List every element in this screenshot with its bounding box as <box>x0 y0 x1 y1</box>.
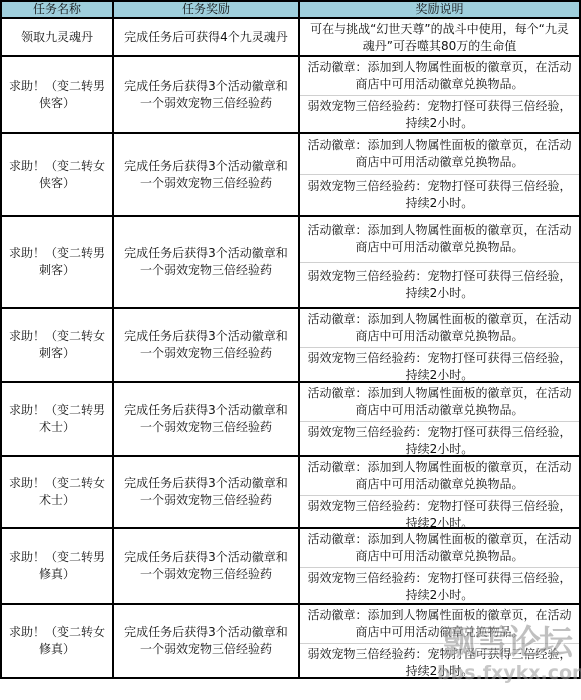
table-row: 求助！（变二转男刺客）完成任务后获得3个活动徽章和一个弱效宠物三倍经验药活动徽章… <box>1 216 580 308</box>
quest-name-cell: 求助！（变二转女修真） <box>1 604 113 678</box>
quest-name-cell: 求助！（变二转男修真） <box>1 528 113 604</box>
description-paragraph: 弱效宠物三倍经验药：宠物打怪可获得三倍经验，持续2小时。 <box>300 421 579 460</box>
quest-reward-cell: 完成任务后获得3个活动徽章和一个弱效宠物三倍经验药 <box>113 308 299 382</box>
header-quest-name: 任务名称 <box>1 1 113 18</box>
table-row: 求助！（变二转女修真）完成任务后获得3个活动徽章和一个弱效宠物三倍经验药活动徽章… <box>1 604 580 678</box>
quest-reward-cell: 完成任务后可获得4个九灵魂丹 <box>113 18 299 56</box>
description-stack: 活动徽章：添加到人物属性面板的徽章页，在活动商店中可用活动徽章兑换物品。弱效宠物… <box>300 134 579 215</box>
description-paragraph: 弱效宠物三倍经验药：宠物打怪可获得三倍经验，持续2小时。 <box>300 262 579 308</box>
table-row: 求助！（变二转男术士）完成任务后获得3个活动徽章和一个弱效宠物三倍经验药活动徽章… <box>1 382 580 456</box>
description-paragraph: 活动徽章：添加到人物属性面板的徽章页，在活动商店中可用活动徽章兑换物品。 <box>300 529 579 567</box>
description-paragraph: 活动徽章：添加到人物属性面板的徽章页，在活动商店中可用活动徽章兑换物品。 <box>300 309 579 347</box>
description-paragraph: 可在与挑战“幻世天尊”的战斗中使用，每个“九灵魂丹”可吞噬其80万的生命值 <box>300 19 579 57</box>
reward-description-cell: 活动徽章：添加到人物属性面板的徽章页，在活动商店中可用活动徽章兑换物品。弱效宠物… <box>299 56 580 133</box>
reward-description-cell: 可在与挑战“幻世天尊”的战斗中使用，每个“九灵魂丹”可吞噬其80万的生命值 <box>299 18 580 56</box>
table-row: 求助！（变二转女术士）完成任务后获得3个活动徽章和一个弱效宠物三倍经验药活动徽章… <box>1 456 580 528</box>
quest-name-cell: 求助！（变二转女术士） <box>1 456 113 528</box>
reward-description-cell: 活动徽章：添加到人物属性面板的徽章页，在活动商店中可用活动徽章兑换物品。弱效宠物… <box>299 216 580 308</box>
table-row: 求助！（变二转男侠客）完成任务后获得3个活动徽章和一个弱效宠物三倍经验药活动徽章… <box>1 56 580 133</box>
header-quest-reward: 任务奖励 <box>113 1 299 18</box>
quest-name-cell: 求助！（变二转女侠客） <box>1 133 113 216</box>
description-paragraph: 弱效宠物三倍经验药：宠物打怪可获得三倍经验，持续2小时。 <box>300 567 579 606</box>
quest-reward-cell: 完成任务后获得3个活动徽章和一个弱效宠物三倍经验药 <box>113 133 299 216</box>
description-stack: 活动徽章：添加到人物属性面板的徽章页，在活动商店中可用活动徽章兑换物品。弱效宠物… <box>300 457 579 527</box>
quest-reward-cell: 完成任务后获得3个活动徽章和一个弱效宠物三倍经验药 <box>113 604 299 678</box>
description-paragraph: 弱效宠物三倍经验药：宠物打怪可获得三倍经验，持续2小时。 <box>300 347 579 386</box>
description-stack: 可在与挑战“幻世天尊”的战斗中使用，每个“九灵魂丹”可吞噬其80万的生命值 <box>300 19 579 55</box>
reward-description-cell: 活动徽章：添加到人物属性面板的徽章页，在活动商店中可用活动徽章兑换物品。弱效宠物… <box>299 133 580 216</box>
description-paragraph: 活动徽章：添加到人物属性面板的徽章页，在活动商店中可用活动徽章兑换物品。 <box>300 134 579 174</box>
quest-name-cell: 求助！（变二转男侠客） <box>1 56 113 133</box>
description-stack: 活动徽章：添加到人物属性面板的徽章页，在活动商店中可用活动徽章兑换物品。弱效宠物… <box>300 383 579 455</box>
quest-name-cell: 求助！（变二转男刺客） <box>1 216 113 308</box>
header-row: 任务名称 任务奖励 奖励说明 <box>1 1 580 18</box>
reward-description-cell: 活动徽章：添加到人物属性面板的徽章页，在活动商店中可用活动徽章兑换物品。弱效宠物… <box>299 604 580 678</box>
description-stack: 活动徽章：添加到人物属性面板的徽章页，在活动商店中可用活动徽章兑换物品。弱效宠物… <box>300 529 579 603</box>
description-paragraph: 活动徽章：添加到人物属性面板的徽章页，在活动商店中可用活动徽章兑换物品。 <box>300 57 579 95</box>
quest-reward-table: 任务名称 任务奖励 奖励说明 领取九灵魂丹完成任务后可获得4个九灵魂丹可在与挑战… <box>0 0 581 679</box>
header-reward-description: 奖励说明 <box>299 1 580 18</box>
quest-reward-cell: 完成任务后获得3个活动徽章和一个弱效宠物三倍经验药 <box>113 56 299 133</box>
description-stack: 活动徽章：添加到人物属性面板的徽章页，在活动商店中可用活动徽章兑换物品。弱效宠物… <box>300 217 579 307</box>
description-paragraph: 活动徽章：添加到人物属性面板的徽章页，在活动商店中可用活动徽章兑换物品。 <box>300 383 579 421</box>
quest-name-cell: 领取九灵魂丹 <box>1 18 113 56</box>
reward-description-cell: 活动徽章：添加到人物属性面板的徽章页，在活动商店中可用活动徽章兑换物品。弱效宠物… <box>299 382 580 456</box>
table-row: 求助！（变二转女侠客）完成任务后获得3个活动徽章和一个弱效宠物三倍经验药活动徽章… <box>1 133 580 216</box>
table-row: 求助！（变二转男修真）完成任务后获得3个活动徽章和一个弱效宠物三倍经验药活动徽章… <box>1 528 580 604</box>
table-body: 领取九灵魂丹完成任务后可获得4个九灵魂丹可在与挑战“幻世天尊”的战斗中使用，每个… <box>1 18 580 678</box>
description-paragraph: 活动徽章：添加到人物属性面板的徽章页，在活动商店中可用活动徽章兑换物品。 <box>300 605 579 643</box>
description-paragraph: 活动徽章：添加到人物属性面板的徽章页，在活动商店中可用活动徽章兑换物品。 <box>300 457 579 495</box>
reward-description-cell: 活动徽章：添加到人物属性面板的徽章页，在活动商店中可用活动徽章兑换物品。弱效宠物… <box>299 528 580 604</box>
quest-reward-cell: 完成任务后获得3个活动徽章和一个弱效宠物三倍经验药 <box>113 456 299 528</box>
quest-reward-cell: 完成任务后获得3个活动徽章和一个弱效宠物三倍经验药 <box>113 382 299 456</box>
description-paragraph: 弱效宠物三倍经验药：宠物打怪可获得三倍经验，持续2小时。 <box>300 643 579 682</box>
table-row: 领取九灵魂丹完成任务后可获得4个九灵魂丹可在与挑战“幻世天尊”的战斗中使用，每个… <box>1 18 580 56</box>
description-paragraph: 活动徽章：添加到人物属性面板的徽章页，在活动商店中可用活动徽章兑换物品。 <box>300 217 579 262</box>
description-stack: 活动徽章：添加到人物属性面板的徽章页，在活动商店中可用活动徽章兑换物品。弱效宠物… <box>300 605 579 677</box>
description-paragraph: 弱效宠物三倍经验药：宠物打怪可获得三倍经验，持续2小时。 <box>300 174 579 215</box>
quest-name-cell: 求助！（变二转女刺客） <box>1 308 113 382</box>
reward-description-cell: 活动徽章：添加到人物属性面板的徽章页，在活动商店中可用活动徽章兑换物品。弱效宠物… <box>299 456 580 528</box>
table-row: 求助！（变二转女刺客）完成任务后获得3个活动徽章和一个弱效宠物三倍经验药活动徽章… <box>1 308 580 382</box>
description-stack: 活动徽章：添加到人物属性面板的徽章页，在活动商店中可用活动徽章兑换物品。弱效宠物… <box>300 309 579 381</box>
quest-reward-cell: 完成任务后获得3个活动徽章和一个弱效宠物三倍经验药 <box>113 528 299 604</box>
quest-name-cell: 求助！（变二转男术士） <box>1 382 113 456</box>
description-paragraph: 弱效宠物三倍经验药：宠物打怪可获得三倍经验，持续2小时。 <box>300 95 579 134</box>
reward-description-cell: 活动徽章：添加到人物属性面板的徽章页，在活动商店中可用活动徽章兑换物品。弱效宠物… <box>299 308 580 382</box>
quest-reward-cell: 完成任务后获得3个活动徽章和一个弱效宠物三倍经验药 <box>113 216 299 308</box>
description-stack: 活动徽章：添加到人物属性面板的徽章页，在活动商店中可用活动徽章兑换物品。弱效宠物… <box>300 57 579 132</box>
